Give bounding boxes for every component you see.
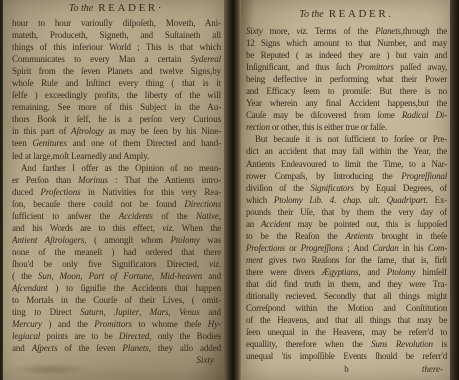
text-line: 12 Signs which amount to that Number, an…: [246, 37, 447, 49]
text-line: none of the meaneſt ) had ordered that t…: [12, 246, 221, 258]
text-line: and Aſpects of the ſeven Planets, they a…: [12, 342, 221, 354]
text-line: ditionally recieved. Secondly that all t…: [246, 290, 447, 302]
right-text-block: Sixty more, viz. Terms of the Planets,th…: [246, 25, 447, 362]
left-page-header: To theREADER·: [12, 2, 221, 15]
text-line: and his Words are to this effect, viz. W…: [12, 222, 221, 234]
text-line: Antients Endeavoured to limit the Time, …: [246, 158, 447, 170]
text-line: ting to Direct Saturn, Jupiter, Mars, Ve…: [12, 306, 221, 318]
right-page-header: To theREADER.: [246, 8, 447, 21]
text-line: ment gives two Reaſons for the ſame, tha…: [246, 254, 447, 266]
signature-line: b there-: [246, 363, 447, 376]
text-line: Mercury ) and the Promittors to whome th…: [12, 318, 221, 330]
left-header-prefix: To the: [69, 3, 93, 14]
left-header-title: READER·: [98, 2, 164, 14]
text-line: Correſpond within the Motion and Conſtit…: [246, 302, 447, 314]
text-line: ſeen unequal in the Heavens, may be refe…: [246, 326, 447, 338]
text-line: and Efficacy ſeem to promiſe: But there …: [246, 85, 447, 97]
signature-mark: b: [246, 363, 447, 376]
text-line: And farther I offer as the Opinion of no…: [12, 162, 221, 174]
text-line: Aſcendant ) to ſignifie the Accidents th…: [12, 282, 221, 294]
text-line: duced Profections in Nativities for this…: [12, 186, 221, 198]
text-line: ſelfe ) exceedingly profits, the liberty…: [12, 89, 221, 101]
text-line: to be the Reaſon the Antients brought in…: [246, 230, 447, 242]
text-line: that did find truth in them, and they we…: [246, 278, 447, 290]
text-line: being deffective in performing what thei…: [246, 73, 447, 85]
left-page-content: To theREADER· hour to hour variouſly diſ…: [12, 2, 221, 367]
text-line: which Ptolomy Lib. 4. chap. ult. Quadrip…: [246, 194, 447, 206]
text-line: led at large,moſt Learnedly and Amply.: [12, 150, 221, 162]
text-line: remaining. See more of this Subject in t…: [12, 101, 221, 113]
text-line: rection or other, this is either true or…: [246, 121, 447, 133]
text-line: whoſe Rule and Inſtinct every thing ( th…: [12, 77, 221, 89]
book-scan: To theREADER· hour to hour variouſly diſ…: [0, 0, 459, 380]
right-page: To theREADER. Sixty more, viz. Terms of …: [241, 0, 450, 380]
catchword: there-: [422, 363, 443, 376]
text-line: Year wherein any final Accident happens,…: [246, 97, 447, 109]
right-page-content: To theREADER. Sixty more, viz. Terms of …: [246, 8, 447, 376]
text-line: things of this inferiour World ; This is…: [12, 41, 221, 53]
text-line: dict an accident that may fall within th…: [246, 145, 447, 157]
text-line: er Perſon than Morinus : That the Antien…: [12, 174, 221, 186]
text-line: to Mortals in the Courſe of their Lives,…: [12, 294, 221, 306]
text-line: Cauſe may be diſcovered from ſome Radica…: [246, 109, 447, 121]
text-line: ( the Sun, Moon, Part of Fortune, Mid-he…: [12, 270, 221, 282]
scan-right-edge: [450, 0, 459, 380]
text-line: hour to hour variouſly diſpoſeth, Moveth…: [12, 17, 221, 29]
text-line: teen Genitures and one of them Directed …: [12, 137, 221, 149]
text-line: thors Book it ſelf, he is a perſon very …: [12, 113, 221, 125]
text-line: of the Heavens, and that all things that…: [246, 314, 447, 326]
text-line: But becauſe it is not ſufficient to forſ…: [246, 133, 447, 145]
text-line: Antient Aſtrologers, ( amongſt whom Ptol…: [12, 234, 221, 246]
text-line: diviſion of the Significators by Equal D…: [246, 182, 447, 194]
text-line: rower Compaſs, by Introducing the Progre…: [246, 170, 447, 182]
text-line: Spirit from the ſeven Planets and twelve…: [12, 65, 221, 77]
catchword: Sixty: [197, 355, 215, 365]
right-header-prefix: To the: [299, 9, 323, 20]
text-line: legiacal points are to be Directed, only…: [12, 330, 221, 342]
text-line: pounds their Uſe, that by them the very …: [246, 206, 447, 218]
text-line: Profections or Progreſſions ; And Cardan…: [246, 242, 447, 254]
text-line: ſufficient to anſwer the Accidents of th…: [12, 210, 221, 222]
text-line: Communicates to every Man a certain Syde…: [12, 53, 221, 65]
text-line: there were divers Ægyptians, and Ptolomy…: [246, 266, 447, 278]
text-line: be Reputed ( as indeed they are ) but va…: [246, 49, 447, 61]
text-line: an Accident may be pointed out, this is …: [246, 218, 447, 230]
text-line: Inſignificant, and thus ſuch Promittors …: [246, 61, 447, 73]
text-line: unequal 'tis impoſſible Events ſhould be…: [246, 350, 447, 362]
left-page: To theREADER· hour to hour variouſly diſ…: [3, 0, 224, 380]
text-line: equallity, therefore when the Suns Revol…: [246, 338, 447, 350]
left-text-block: hour to hour variouſly diſpoſeth, Moveth…: [12, 17, 221, 354]
right-header-title: READER.: [329, 8, 394, 20]
text-line: mateth, Produceth, Signeth, and Suſtaine…: [12, 29, 221, 41]
show-through-smudge: [11, 364, 89, 375]
text-line: in this part of Aſtrology as may be ſeen…: [12, 125, 221, 137]
book-gutter-shadow: [224, 0, 241, 380]
text-line: Sixty more, viz. Terms of the Planets,th…: [246, 25, 447, 37]
text-line: ſon, becauſe there could not be found Di…: [12, 198, 221, 210]
text-line: ſhou'd be only five Significators Direct…: [12, 258, 221, 270]
